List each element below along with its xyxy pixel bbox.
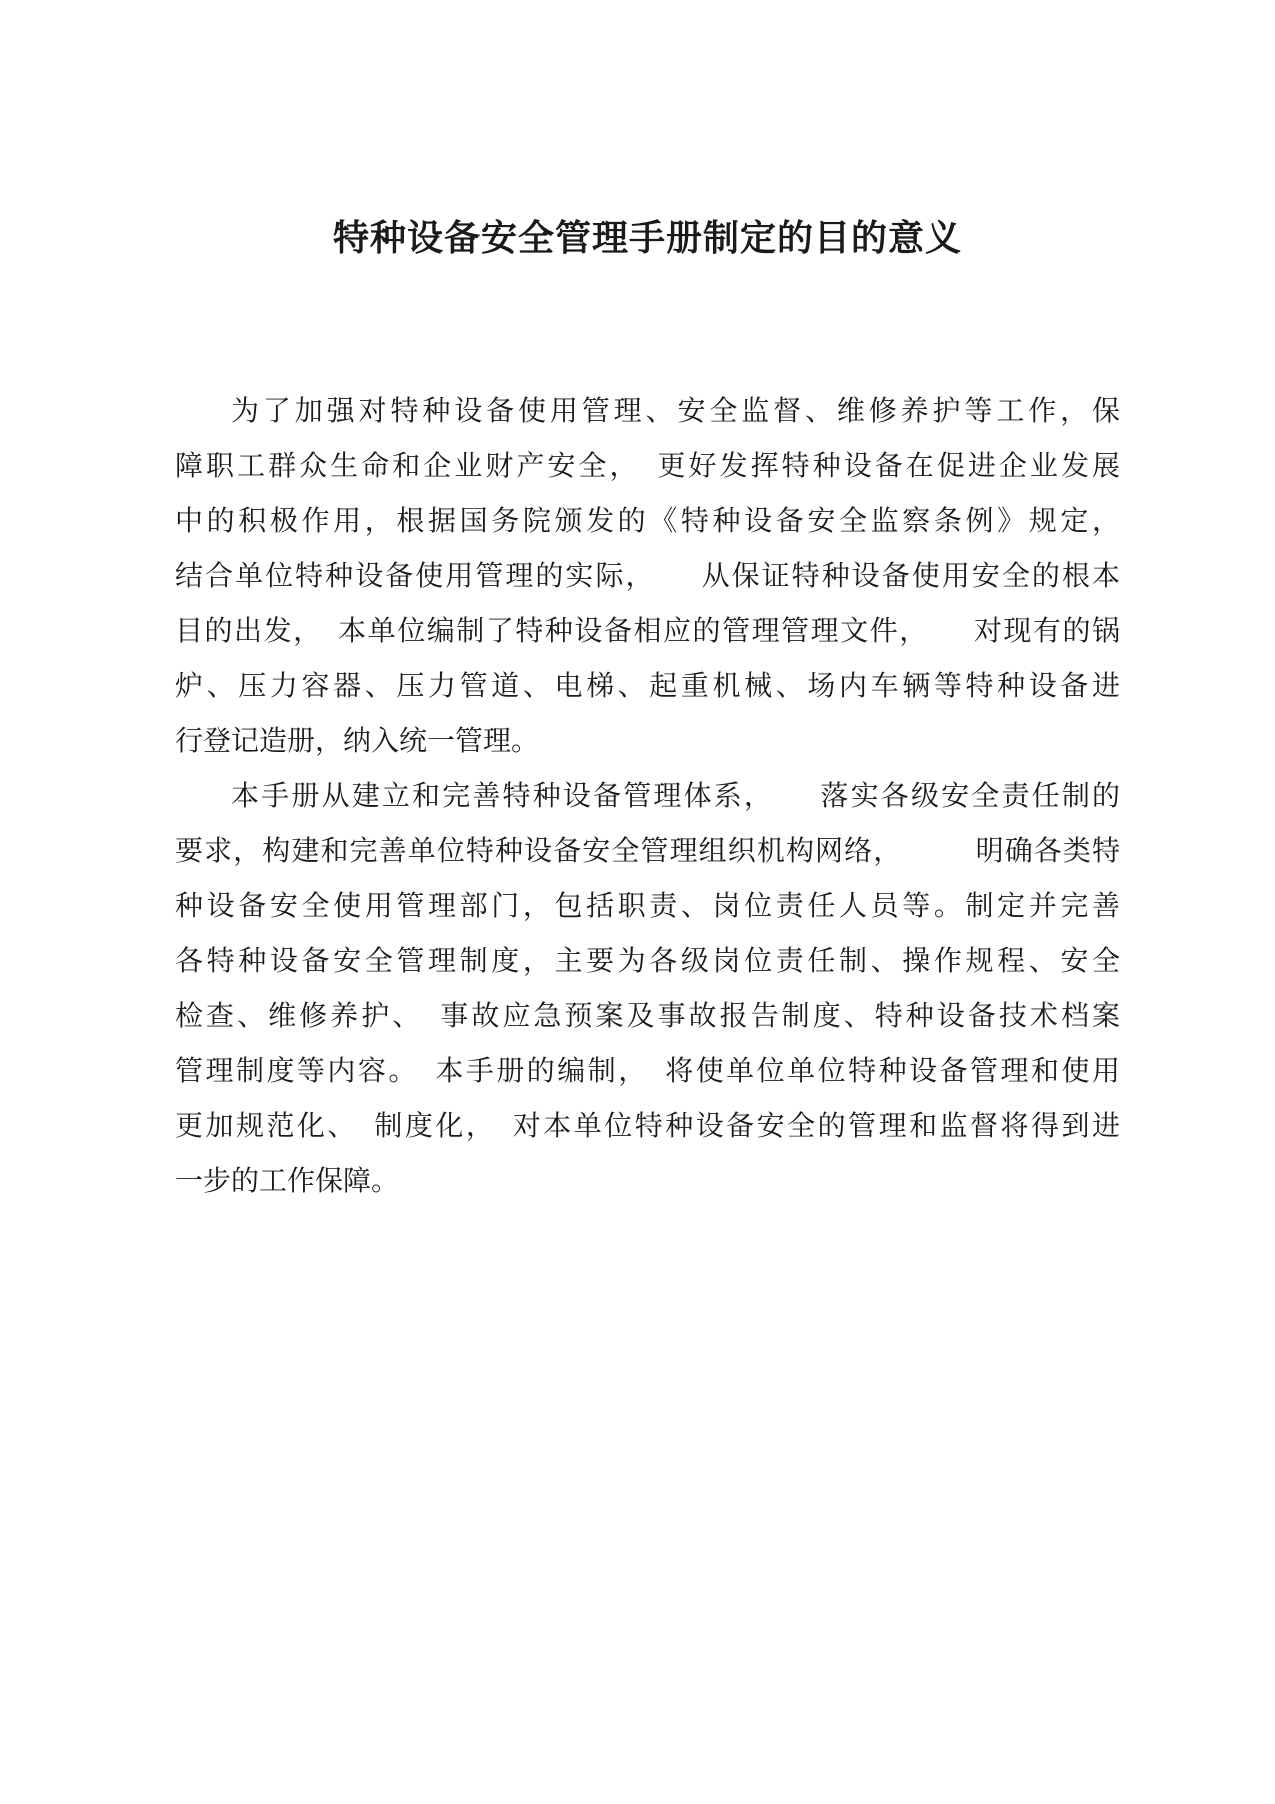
text-line: 管理制度等内容。 本手册的编制， 将使单位单位特种设备管理和使用 <box>175 1044 1120 1099</box>
document-body: 为了加强对特种设备使用管理、安全监督、维修养护等工作，保障职工群众生命和企业财产… <box>175 384 1120 1209</box>
text-line: 行登记造册，纳入统一管理。 <box>175 714 1120 769</box>
text-line: 中的积极作用，根据国务院颁发的《特种设备安全监察条例》规定， <box>175 494 1120 549</box>
text-line: 为了加强对特种设备使用管理、安全监督、维修养护等工作，保 <box>175 384 1120 439</box>
text-line: 检查、维修养护、 事故应急预案及事故报告制度、特种设备技术档案 <box>175 989 1120 1044</box>
text-line: 各特种设备安全管理制度，主要为各级岗位责任制、操作规程、安全 <box>175 934 1120 989</box>
text-line: 目的出发， 本单位编制了特种设备相应的管理管理文件， 对现有的锅 <box>175 604 1120 659</box>
document-title: 特种设备安全管理手册制定的目的意义 <box>175 212 1120 264</box>
document-content: 特种设备安全管理手册制定的目的意义 为了加强对特种设备使用管理、安全监督、维修养… <box>0 0 1275 1209</box>
text-line: 种设备安全使用管理部门，包括职责、岗位责任人员等。制定并完善 <box>175 879 1120 934</box>
text-line: 结合单位特种设备使用管理的实际， 从保证特种设备使用安全的根本 <box>175 549 1120 604</box>
text-line: 更加规范化、 制度化， 对本单位特种设备安全的管理和监督将得到进 <box>175 1099 1120 1154</box>
document-page: 特种设备安全管理手册制定的目的意义 为了加强对特种设备使用管理、安全监督、维修养… <box>0 0 1275 1804</box>
text-line: 一步的工作保障。 <box>175 1154 1120 1209</box>
paragraph: 本手册从建立和完善特种设备管理体系， 落实各级安全责任制的要求，构建和完善单位特… <box>175 769 1120 1209</box>
paragraph: 为了加强对特种设备使用管理、安全监督、维修养护等工作，保障职工群众生命和企业财产… <box>175 384 1120 769</box>
text-line: 障职工群众生命和企业财产安全， 更好发挥特种设备在促进企业发展 <box>175 439 1120 494</box>
text-line: 炉、压力容器、压力管道、电梯、起重机械、场内车辆等特种设备进 <box>175 659 1120 714</box>
text-line: 本手册从建立和完善特种设备管理体系， 落实各级安全责任制的 <box>175 769 1120 824</box>
text-line: 要求，构建和完善单位特种设备安全管理组织机构网络， 明确各类特 <box>175 824 1120 879</box>
